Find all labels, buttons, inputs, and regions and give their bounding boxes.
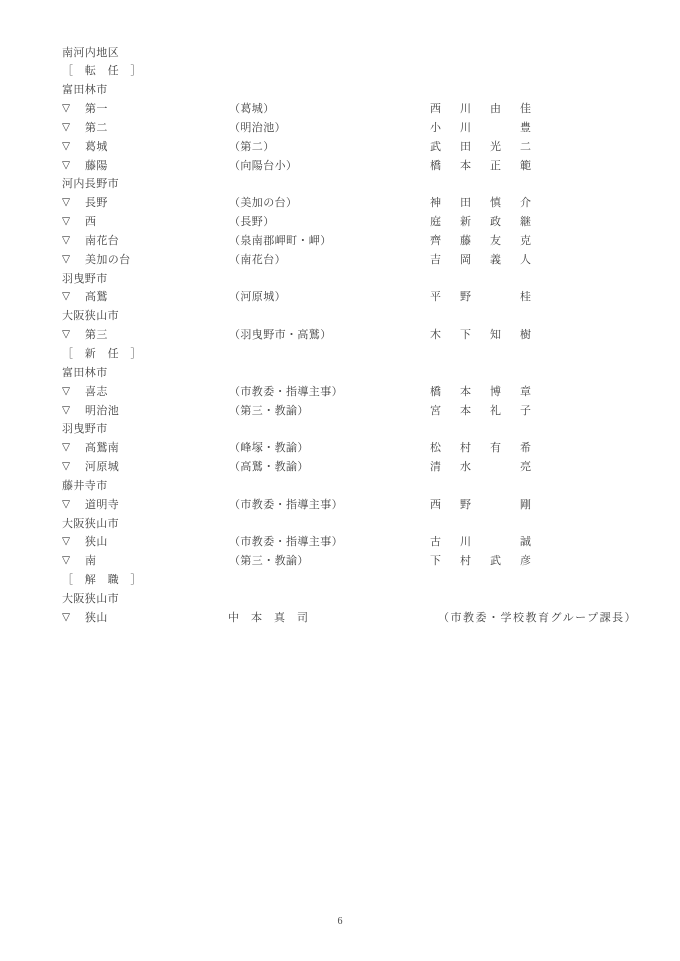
person-name-char: 田 bbox=[460, 194, 471, 213]
person-name: 中本真司 bbox=[228, 609, 308, 628]
person-name-char: 光 bbox=[490, 138, 501, 157]
person-name-char: 範 bbox=[520, 157, 531, 176]
section-heading-label: ［ 解 職 ］ bbox=[62, 571, 142, 590]
entry-row: ▽河原城（高鷲・教諭）清水 亮 bbox=[0, 458, 680, 477]
previous-post: （高鷲・教諭） bbox=[229, 458, 309, 477]
entry-row: ▽高鷲（河原城）平野 桂 bbox=[0, 288, 680, 307]
triangle-marker: ▽ bbox=[62, 194, 70, 213]
person-name-char: 真 bbox=[274, 609, 285, 628]
person-name-char: 吉 bbox=[430, 251, 441, 270]
triangle-marker: ▽ bbox=[62, 138, 70, 157]
person-name-char: 川 bbox=[460, 100, 471, 119]
city-heading-row: 藤井寺市 bbox=[0, 477, 680, 496]
person-name: 松村有希 bbox=[430, 439, 531, 458]
school-name: 高鷲 bbox=[85, 288, 108, 307]
person-name: 齊藤友克 bbox=[430, 232, 531, 251]
person-name-char: 古 bbox=[430, 533, 441, 552]
person-name: 平野 桂 bbox=[430, 288, 531, 307]
triangle-marker: ▽ bbox=[62, 251, 70, 270]
school-name: 高鷲南 bbox=[85, 439, 119, 458]
triangle-marker: ▽ bbox=[62, 552, 70, 571]
person-name-char: 本 bbox=[460, 402, 471, 421]
person-name-char: 藤 bbox=[460, 232, 471, 251]
entry-row: ▽第二（明治池）小川 豊 bbox=[0, 119, 680, 138]
person-name-char: 司 bbox=[297, 609, 308, 628]
region-heading-row: 南河内地区 bbox=[0, 44, 680, 63]
entry-row: ▽狭山（市教委・指導主事）古川 誠 bbox=[0, 533, 680, 552]
previous-post: （市教委・指導主事） bbox=[229, 533, 343, 552]
triangle-marker: ▽ bbox=[62, 402, 70, 421]
previous-post: （第二） bbox=[229, 138, 275, 157]
previous-post: （明治池） bbox=[229, 119, 286, 138]
person-name-char bbox=[490, 458, 501, 477]
previous-post: （第三・教諭） bbox=[229, 552, 309, 571]
person-name-char: 礼 bbox=[490, 402, 501, 421]
triangle-marker: ▽ bbox=[62, 533, 70, 552]
entry-row: ▽美加の台（南花台）吉岡義人 bbox=[0, 251, 680, 270]
person-name-char: 下 bbox=[430, 552, 441, 571]
heading-label: 富田林市 bbox=[62, 364, 108, 383]
person-name: 橋本正範 bbox=[430, 157, 531, 176]
person-name-char: 本 bbox=[460, 383, 471, 402]
person-name-char: 豊 bbox=[520, 119, 531, 138]
school-name: 美加の台 bbox=[85, 251, 131, 270]
person-name: 武田光二 bbox=[430, 138, 531, 157]
school-name: 道明寺 bbox=[85, 496, 119, 515]
school-name: 狭山 bbox=[85, 533, 108, 552]
person-name-char: 川 bbox=[460, 533, 471, 552]
document-page: 南河内地区［ 転 任 ］富田林市▽第一（葛城）西川由佳▽第二（明治池）小川 豊▽… bbox=[0, 0, 680, 961]
previous-post: （峰塚・教諭） bbox=[229, 439, 309, 458]
heading-label: 羽曳野市 bbox=[62, 420, 108, 439]
person-name-char: 平 bbox=[430, 288, 441, 307]
heading-label: 大阪狭山市 bbox=[62, 307, 119, 326]
person-name-char: 彦 bbox=[520, 552, 531, 571]
heading-label: 大阪狭山市 bbox=[62, 515, 119, 534]
school-name: 藤陽 bbox=[85, 157, 108, 176]
triangle-marker: ▽ bbox=[62, 232, 70, 251]
previous-post: （向陽台小） bbox=[229, 157, 297, 176]
previous-post: （羽曳野市・高鷲） bbox=[229, 326, 332, 345]
person-name-char: 継 bbox=[520, 213, 531, 232]
city-heading-row: 河内長野市 bbox=[0, 175, 680, 194]
person-name-char: 有 bbox=[490, 439, 501, 458]
entry-row: ▽葛城（第二）武田光二 bbox=[0, 138, 680, 157]
entry-row: ▽第三（羽曳野市・高鷲）木下知樹 bbox=[0, 326, 680, 345]
entry-row: ▽第一（葛城）西川由佳 bbox=[0, 100, 680, 119]
entry-row: ▽喜志（市教委・指導主事）橋本博章 bbox=[0, 383, 680, 402]
entry-row: ▽西（長野）庭新政継 bbox=[0, 213, 680, 232]
triangle-marker: ▽ bbox=[62, 288, 70, 307]
person-name-char: 友 bbox=[490, 232, 501, 251]
person-name-char: 佳 bbox=[520, 100, 531, 119]
city-heading-row: 羽曳野市 bbox=[0, 270, 680, 289]
section-heading-row: ［ 転 任 ］ bbox=[0, 62, 680, 81]
person-name-char: 本 bbox=[251, 609, 262, 628]
school-name: 河原城 bbox=[85, 458, 119, 477]
person-name-char: 庭 bbox=[430, 213, 441, 232]
person-name-char: 木 bbox=[430, 326, 441, 345]
section-heading-row: ［ 解 職 ］ bbox=[0, 571, 680, 590]
person-name-char: 誠 bbox=[520, 533, 531, 552]
previous-post: （河原城） bbox=[229, 288, 286, 307]
person-name-char: 政 bbox=[490, 213, 501, 232]
person-name-char: 新 bbox=[460, 213, 471, 232]
person-name: 古川 誠 bbox=[430, 533, 531, 552]
person-name-char: 二 bbox=[520, 138, 531, 157]
person-name-char: 武 bbox=[490, 552, 501, 571]
previous-post: （美加の台） bbox=[229, 194, 297, 213]
previous-post: （長野） bbox=[229, 213, 275, 232]
city-heading-row: 富田林市 bbox=[0, 81, 680, 100]
person-name-char: 克 bbox=[520, 232, 531, 251]
triangle-marker: ▽ bbox=[62, 119, 70, 138]
city-heading-row: 富田林市 bbox=[0, 364, 680, 383]
triangle-marker: ▽ bbox=[62, 439, 70, 458]
section-heading-label: ［ 新 任 ］ bbox=[62, 345, 142, 364]
person-name-char: 野 bbox=[460, 496, 471, 515]
person-name-char: 亮 bbox=[520, 458, 531, 477]
entry-row: ▽狭山中本真司（市教委・学校教育グループ課長） bbox=[0, 609, 680, 628]
previous-post: （市教委・指導主事） bbox=[229, 383, 343, 402]
person-name-char: 知 bbox=[490, 326, 501, 345]
person-name: 小川 豊 bbox=[430, 119, 531, 138]
entry-row: ▽藤陽（向陽台小）橋本正範 bbox=[0, 157, 680, 176]
triangle-marker: ▽ bbox=[62, 609, 70, 628]
person-name-char: 本 bbox=[460, 157, 471, 176]
section-heading-row: ［ 新 任 ］ bbox=[0, 345, 680, 364]
person-name: 橋本博章 bbox=[430, 383, 531, 402]
person-name-char bbox=[490, 496, 501, 515]
person-name-char: 水 bbox=[460, 458, 471, 477]
post-note: （市教委・学校教育グループ課長） bbox=[438, 609, 637, 628]
triangle-marker: ▽ bbox=[62, 383, 70, 402]
person-name-char: 正 bbox=[490, 157, 501, 176]
triangle-marker: ▽ bbox=[62, 100, 70, 119]
person-name-char: 村 bbox=[460, 552, 471, 571]
previous-post: （葛城） bbox=[229, 100, 275, 119]
person-name-char: 西 bbox=[430, 496, 441, 515]
person-name-char: 中 bbox=[228, 609, 239, 628]
person-name-char: 下 bbox=[460, 326, 471, 345]
person-name: 西川由佳 bbox=[430, 100, 531, 119]
entry-row: ▽長野（美加の台）神田慎介 bbox=[0, 194, 680, 213]
person-name-char: 介 bbox=[520, 194, 531, 213]
person-name: 清水 亮 bbox=[430, 458, 531, 477]
person-name-char: 野 bbox=[460, 288, 471, 307]
person-name: 西野 剛 bbox=[430, 496, 531, 515]
person-name: 下村武彦 bbox=[430, 552, 531, 571]
person-name-char: 義 bbox=[490, 251, 501, 270]
city-heading-row: 大阪狭山市 bbox=[0, 307, 680, 326]
entry-row: ▽高鷲南（峰塚・教諭）松村有希 bbox=[0, 439, 680, 458]
previous-post: （泉南郡岬町・岬） bbox=[229, 232, 332, 251]
school-name: 長野 bbox=[85, 194, 108, 213]
entry-row: ▽明治池（第三・教諭）宮本礼子 bbox=[0, 402, 680, 421]
school-name: 第一 bbox=[85, 100, 108, 119]
school-name: 南花台 bbox=[85, 232, 119, 251]
heading-label: 南河内地区 bbox=[62, 44, 119, 63]
person-name-char: 桂 bbox=[520, 288, 531, 307]
city-heading-row: 大阪狭山市 bbox=[0, 515, 680, 534]
previous-post: （第三・教諭） bbox=[229, 402, 309, 421]
person-name-char: 宮 bbox=[430, 402, 441, 421]
triangle-marker: ▽ bbox=[62, 213, 70, 232]
person-name-char: 橋 bbox=[430, 157, 441, 176]
school-name: 喜志 bbox=[85, 383, 108, 402]
person-name-char bbox=[490, 119, 501, 138]
person-name-char: 松 bbox=[430, 439, 441, 458]
person-name-char: 村 bbox=[460, 439, 471, 458]
school-name: 狭山 bbox=[85, 609, 108, 628]
school-name: 明治池 bbox=[85, 402, 119, 421]
heading-label: 羽曳野市 bbox=[62, 270, 108, 289]
heading-label: 藤井寺市 bbox=[62, 477, 108, 496]
person-name-char: 小 bbox=[430, 119, 441, 138]
person-name-char: 剛 bbox=[520, 496, 531, 515]
school-name: 第二 bbox=[85, 119, 108, 138]
person-name-char: 博 bbox=[490, 383, 501, 402]
section-heading-label: ［ 転 任 ］ bbox=[62, 62, 142, 81]
school-name: 南 bbox=[85, 552, 96, 571]
school-name: 西 bbox=[85, 213, 96, 232]
person-name-char: 人 bbox=[520, 251, 531, 270]
heading-label: 河内長野市 bbox=[62, 175, 119, 194]
person-name: 庭新政継 bbox=[430, 213, 531, 232]
person-name-char bbox=[490, 533, 501, 552]
person-name: 宮本礼子 bbox=[430, 402, 531, 421]
person-name-char: 清 bbox=[430, 458, 441, 477]
previous-post: （南花台） bbox=[229, 251, 286, 270]
triangle-marker: ▽ bbox=[62, 496, 70, 515]
person-name-char: 田 bbox=[460, 138, 471, 157]
entry-row: ▽道明寺（市教委・指導主事）西野 剛 bbox=[0, 496, 680, 515]
school-name: 第三 bbox=[85, 326, 108, 345]
city-heading-row: 羽曳野市 bbox=[0, 420, 680, 439]
triangle-marker: ▽ bbox=[62, 157, 70, 176]
person-name-char: 樹 bbox=[520, 326, 531, 345]
person-name-char: 橋 bbox=[430, 383, 441, 402]
person-name-char: 由 bbox=[490, 100, 501, 119]
person-name-char: 川 bbox=[460, 119, 471, 138]
entry-row: ▽南花台（泉南郡岬町・岬）齊藤友克 bbox=[0, 232, 680, 251]
person-name-char: 神 bbox=[430, 194, 441, 213]
heading-label: 大阪狭山市 bbox=[62, 590, 119, 609]
city-heading-row: 大阪狭山市 bbox=[0, 590, 680, 609]
triangle-marker: ▽ bbox=[62, 326, 70, 345]
person-name-char: 子 bbox=[520, 402, 531, 421]
person-name-char bbox=[490, 288, 501, 307]
school-name: 葛城 bbox=[85, 138, 108, 157]
person-name-char: 齊 bbox=[430, 232, 441, 251]
entry-row: ▽南（第三・教諭）下村武彦 bbox=[0, 552, 680, 571]
person-name-char: 慎 bbox=[490, 194, 501, 213]
person-name: 木下知樹 bbox=[430, 326, 531, 345]
person-name-char: 岡 bbox=[460, 251, 471, 270]
person-name: 吉岡義人 bbox=[430, 251, 531, 270]
personnel-list: 南河内地区［ 転 任 ］富田林市▽第一（葛城）西川由佳▽第二（明治池）小川 豊▽… bbox=[0, 44, 680, 628]
person-name-char: 希 bbox=[520, 439, 531, 458]
page-number: 6 bbox=[0, 915, 680, 929]
heading-label: 富田林市 bbox=[62, 81, 108, 100]
triangle-marker: ▽ bbox=[62, 458, 70, 477]
person-name: 神田慎介 bbox=[430, 194, 531, 213]
person-name-char: 武 bbox=[430, 138, 441, 157]
person-name-char: 西 bbox=[430, 100, 441, 119]
previous-post: （市教委・指導主事） bbox=[229, 496, 343, 515]
person-name-char: 章 bbox=[520, 383, 531, 402]
